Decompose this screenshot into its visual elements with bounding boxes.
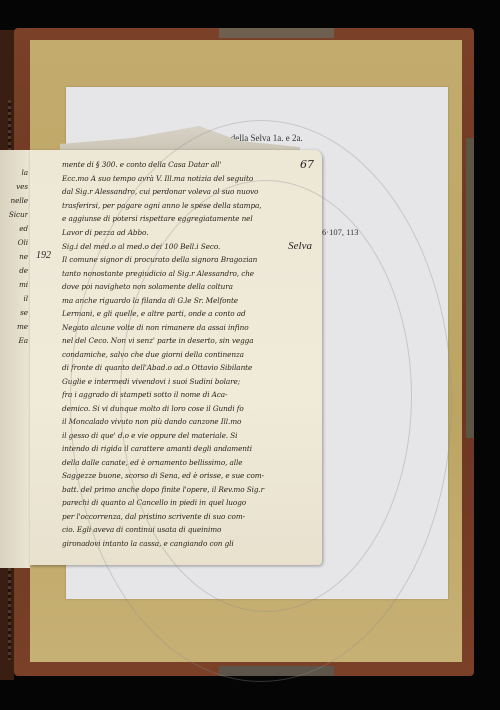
facing-page-fragment: me	[2, 322, 28, 332]
facing-page-fragment: nelle	[2, 196, 28, 206]
facing-page-fragment: Oli	[2, 238, 28, 248]
handwritten-line: intendo di rigida il carattere amanti de…	[62, 444, 300, 454]
handwritten-line: il Moncalado vivuto non più dando canzon…	[62, 417, 300, 427]
facing-page-fragment: Sicur	[2, 210, 28, 220]
handwritten-line: batt. del primo anche dopo finite l'oper…	[62, 485, 300, 495]
handwritten-line: parechi di quanto al Cancello in piedi i…	[62, 498, 300, 508]
folder-spine-right	[466, 138, 474, 438]
folder-spine-bottom	[219, 666, 334, 676]
handwritten-line: Ecc.mo A suo tempo avrà V. Ill.ma notizi…	[62, 174, 300, 184]
folio-number: 67	[300, 158, 314, 171]
handwritten-line: della dalle canate, ed è ornamento belli…	[62, 458, 300, 468]
handwritten-line: tanto nonostante pregiudicio al Sig.r Al…	[62, 269, 300, 279]
entry-number: 192	[36, 250, 51, 261]
handwritten-line: dove poi navigheto non solamente della c…	[62, 282, 300, 292]
facing-page-strip: lavesnelleSicuredOlinedemiilsemeEa	[0, 150, 30, 568]
handwritten-line: gironadovi intanto la cassa, e cangiando…	[62, 539, 300, 549]
facing-page-fragment: se	[2, 308, 28, 318]
manuscript-page: 67 Selva 192 mente di § 300. e conto del…	[30, 150, 322, 565]
handwritten-line: il gesso di que' d.o e vie oppure del ma…	[62, 431, 300, 441]
handwritten-line: Negato alcune volte di non rimanere da a…	[62, 323, 300, 333]
handwritten-line: trasferirsi, per pagare ogni anno le spe…	[62, 201, 300, 211]
handwritten-line: Guglie e intermedi vivendovi i suoi Sudi…	[62, 377, 300, 387]
handwritten-line: ma anche riguardo la filanda di G.le Sr.…	[62, 296, 300, 306]
handwritten-line: nel del Ceco. Non vi senz' parte in dese…	[62, 336, 300, 346]
handwritten-line: Lavor di pezza ad Abbo.	[62, 228, 202, 238]
facing-page-fragment: de	[2, 266, 28, 276]
handwritten-line: cio. Egli aveva di continui usata di que…	[62, 525, 300, 535]
handwritten-line: Lermani, e gli quelle, e altre parti, on…	[62, 309, 300, 319]
handwritten-line: fra i aggrado di stampeti sotto il nome …	[62, 390, 300, 400]
handwritten-line: Saggezze buone, scorso di Sena, ed è ori…	[62, 471, 300, 481]
handwritten-line: Il comune signor di procurato della sign…	[62, 255, 300, 265]
facing-page-fragment: ne	[2, 252, 28, 262]
handwritten-line: per l'occorrenza, dal pristino scrivente…	[62, 512, 300, 522]
facing-page-fragment: Ea	[2, 336, 28, 346]
handwritten-line: di fronte di quanto dell'Abad.o ad.o Ott…	[62, 363, 300, 373]
facing-page-fragment: ed	[2, 224, 28, 234]
facing-page-fragment: ves	[2, 182, 28, 192]
facing-page-fragment: il	[2, 294, 28, 304]
handwritten-line: mente di § 300. e conto della Casa Datar…	[62, 160, 300, 170]
handwritten-line: Sig.i del med.o al med.o dei 100 Bell.i …	[62, 242, 300, 252]
facing-page-fragment: mi	[2, 280, 28, 290]
handwritten-line: demico. Si vi dunque molto di loro cose …	[62, 404, 300, 414]
handwritten-line: condamiche, salvo che due giorni della c…	[62, 350, 300, 360]
facing-page-fragment: la	[2, 168, 28, 178]
folder-spine-top	[219, 28, 334, 38]
handwritten-line: e aggiunse di potersi rispettare eggregi…	[62, 214, 300, 224]
handwritten-line: dal Sig.r Alessandro, cui perdonar volev…	[62, 187, 300, 197]
